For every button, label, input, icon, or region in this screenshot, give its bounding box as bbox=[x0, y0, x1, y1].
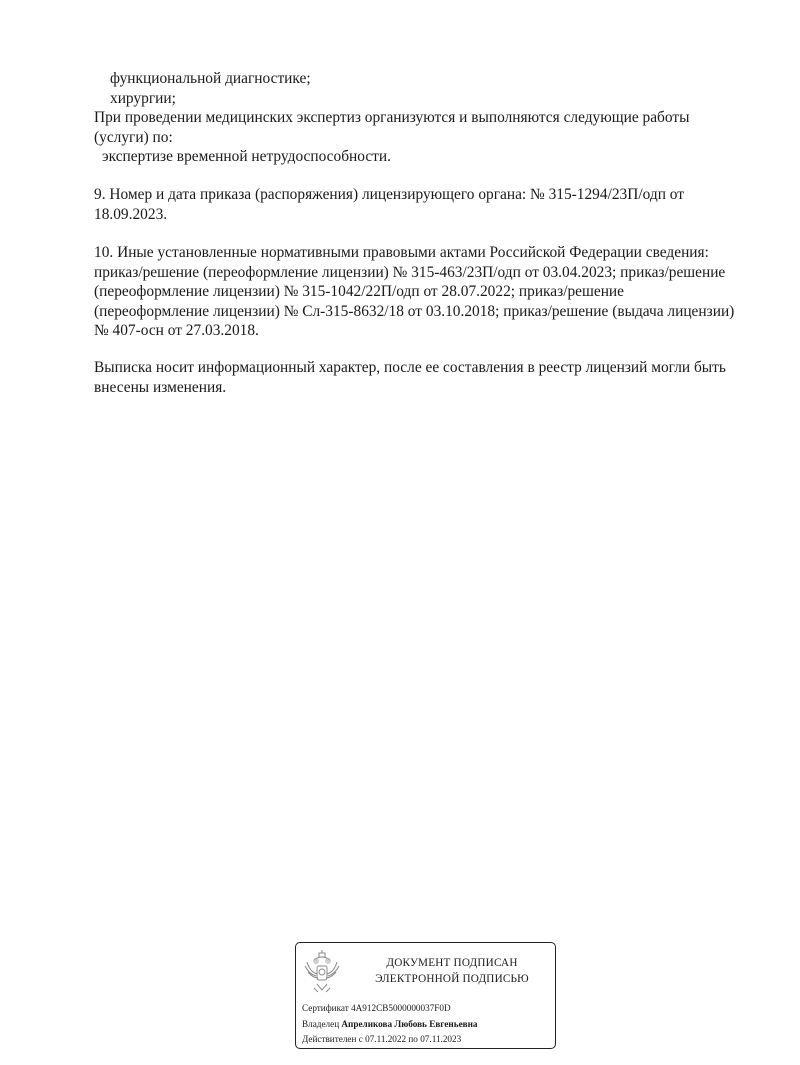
electronic-signature-stamp: ДОКУМЕНТ ПОДПИСАН ЭЛЕКТРОННОЙ ПОДПИСЬЮ С… bbox=[295, 942, 556, 1049]
valid-to-label: по bbox=[408, 1034, 418, 1044]
paragraph-line: При проведении медицинских экспертиз орг… bbox=[94, 108, 774, 128]
paragraph-line: (переоформление лицензии) № Сл-315-8632/… bbox=[94, 302, 774, 322]
service-item: экспертизе временной нетрудоспособности. bbox=[94, 147, 774, 167]
valid-from: 07.11.2022 bbox=[365, 1034, 406, 1044]
valid-label: Действителен с bbox=[302, 1034, 363, 1044]
service-item: хирургии; bbox=[94, 89, 774, 109]
services-list-block: функциональной диагностике; хирургии; Пр… bbox=[94, 69, 774, 167]
document-page: функциональной диагностике; хирургии; Пр… bbox=[0, 0, 800, 1065]
paragraph-line: (переоформление лицензии) № 315-1042/22П… bbox=[94, 282, 774, 302]
russian-coat-of-arms-icon bbox=[302, 948, 342, 996]
paragraph-line: Выписка носит информационный характер, п… bbox=[94, 358, 774, 378]
stamp-title-line: ДОКУМЕНТ ПОДПИСАН bbox=[352, 955, 552, 971]
owner-line: Владелец Апреликова Любовь Евгеньевна bbox=[302, 1017, 478, 1033]
certificate-line: Сертификат 4A912CB5000000037F0D bbox=[302, 1001, 478, 1017]
stamp-title: ДОКУМЕНТ ПОДПИСАН ЭЛЕКТРОННОЙ ПОДПИСЬЮ bbox=[352, 955, 552, 987]
certificate-value: 4A912CB5000000037F0D bbox=[351, 1003, 451, 1013]
section-9-order-number: 9. Номер и дата приказа (распоряжения) л… bbox=[94, 185, 774, 224]
paragraph-line: внесены изменения. bbox=[94, 378, 774, 398]
stamp-details: Сертификат 4A912CB5000000037F0D Владелец… bbox=[302, 1001, 478, 1048]
paragraph-line: 18.09.2023. bbox=[94, 205, 774, 225]
owner-value: Апреликова Любовь Евгеньевна bbox=[341, 1019, 477, 1029]
paragraph-line: (услуги) по: bbox=[94, 128, 774, 148]
paragraph-line: 10. Иные установленные нормативными прав… bbox=[94, 243, 774, 263]
valid-to: 07.11.2023 bbox=[420, 1034, 461, 1044]
section-10-other-info: 10. Иные установленные нормативными прав… bbox=[94, 243, 774, 341]
owner-label: Владелец bbox=[302, 1019, 339, 1029]
certificate-label: Сертификат bbox=[302, 1003, 349, 1013]
validity-line: Действителен с 07.11.2022 по 07.11.2023 bbox=[302, 1032, 478, 1048]
service-item: функциональной диагностике; bbox=[94, 69, 774, 89]
stamp-title-line: ЭЛЕКТРОННОЙ ПОДПИСЬЮ bbox=[352, 971, 552, 987]
paragraph-line: № 407-осн от 27.03.2018. bbox=[94, 321, 774, 341]
paragraph-line: 9. Номер и дата приказа (распоряжения) л… bbox=[94, 185, 774, 205]
informational-note: Выписка носит информационный характер, п… bbox=[94, 358, 774, 397]
paragraph-line: приказ/решение (переоформление лицензии)… bbox=[94, 263, 774, 283]
